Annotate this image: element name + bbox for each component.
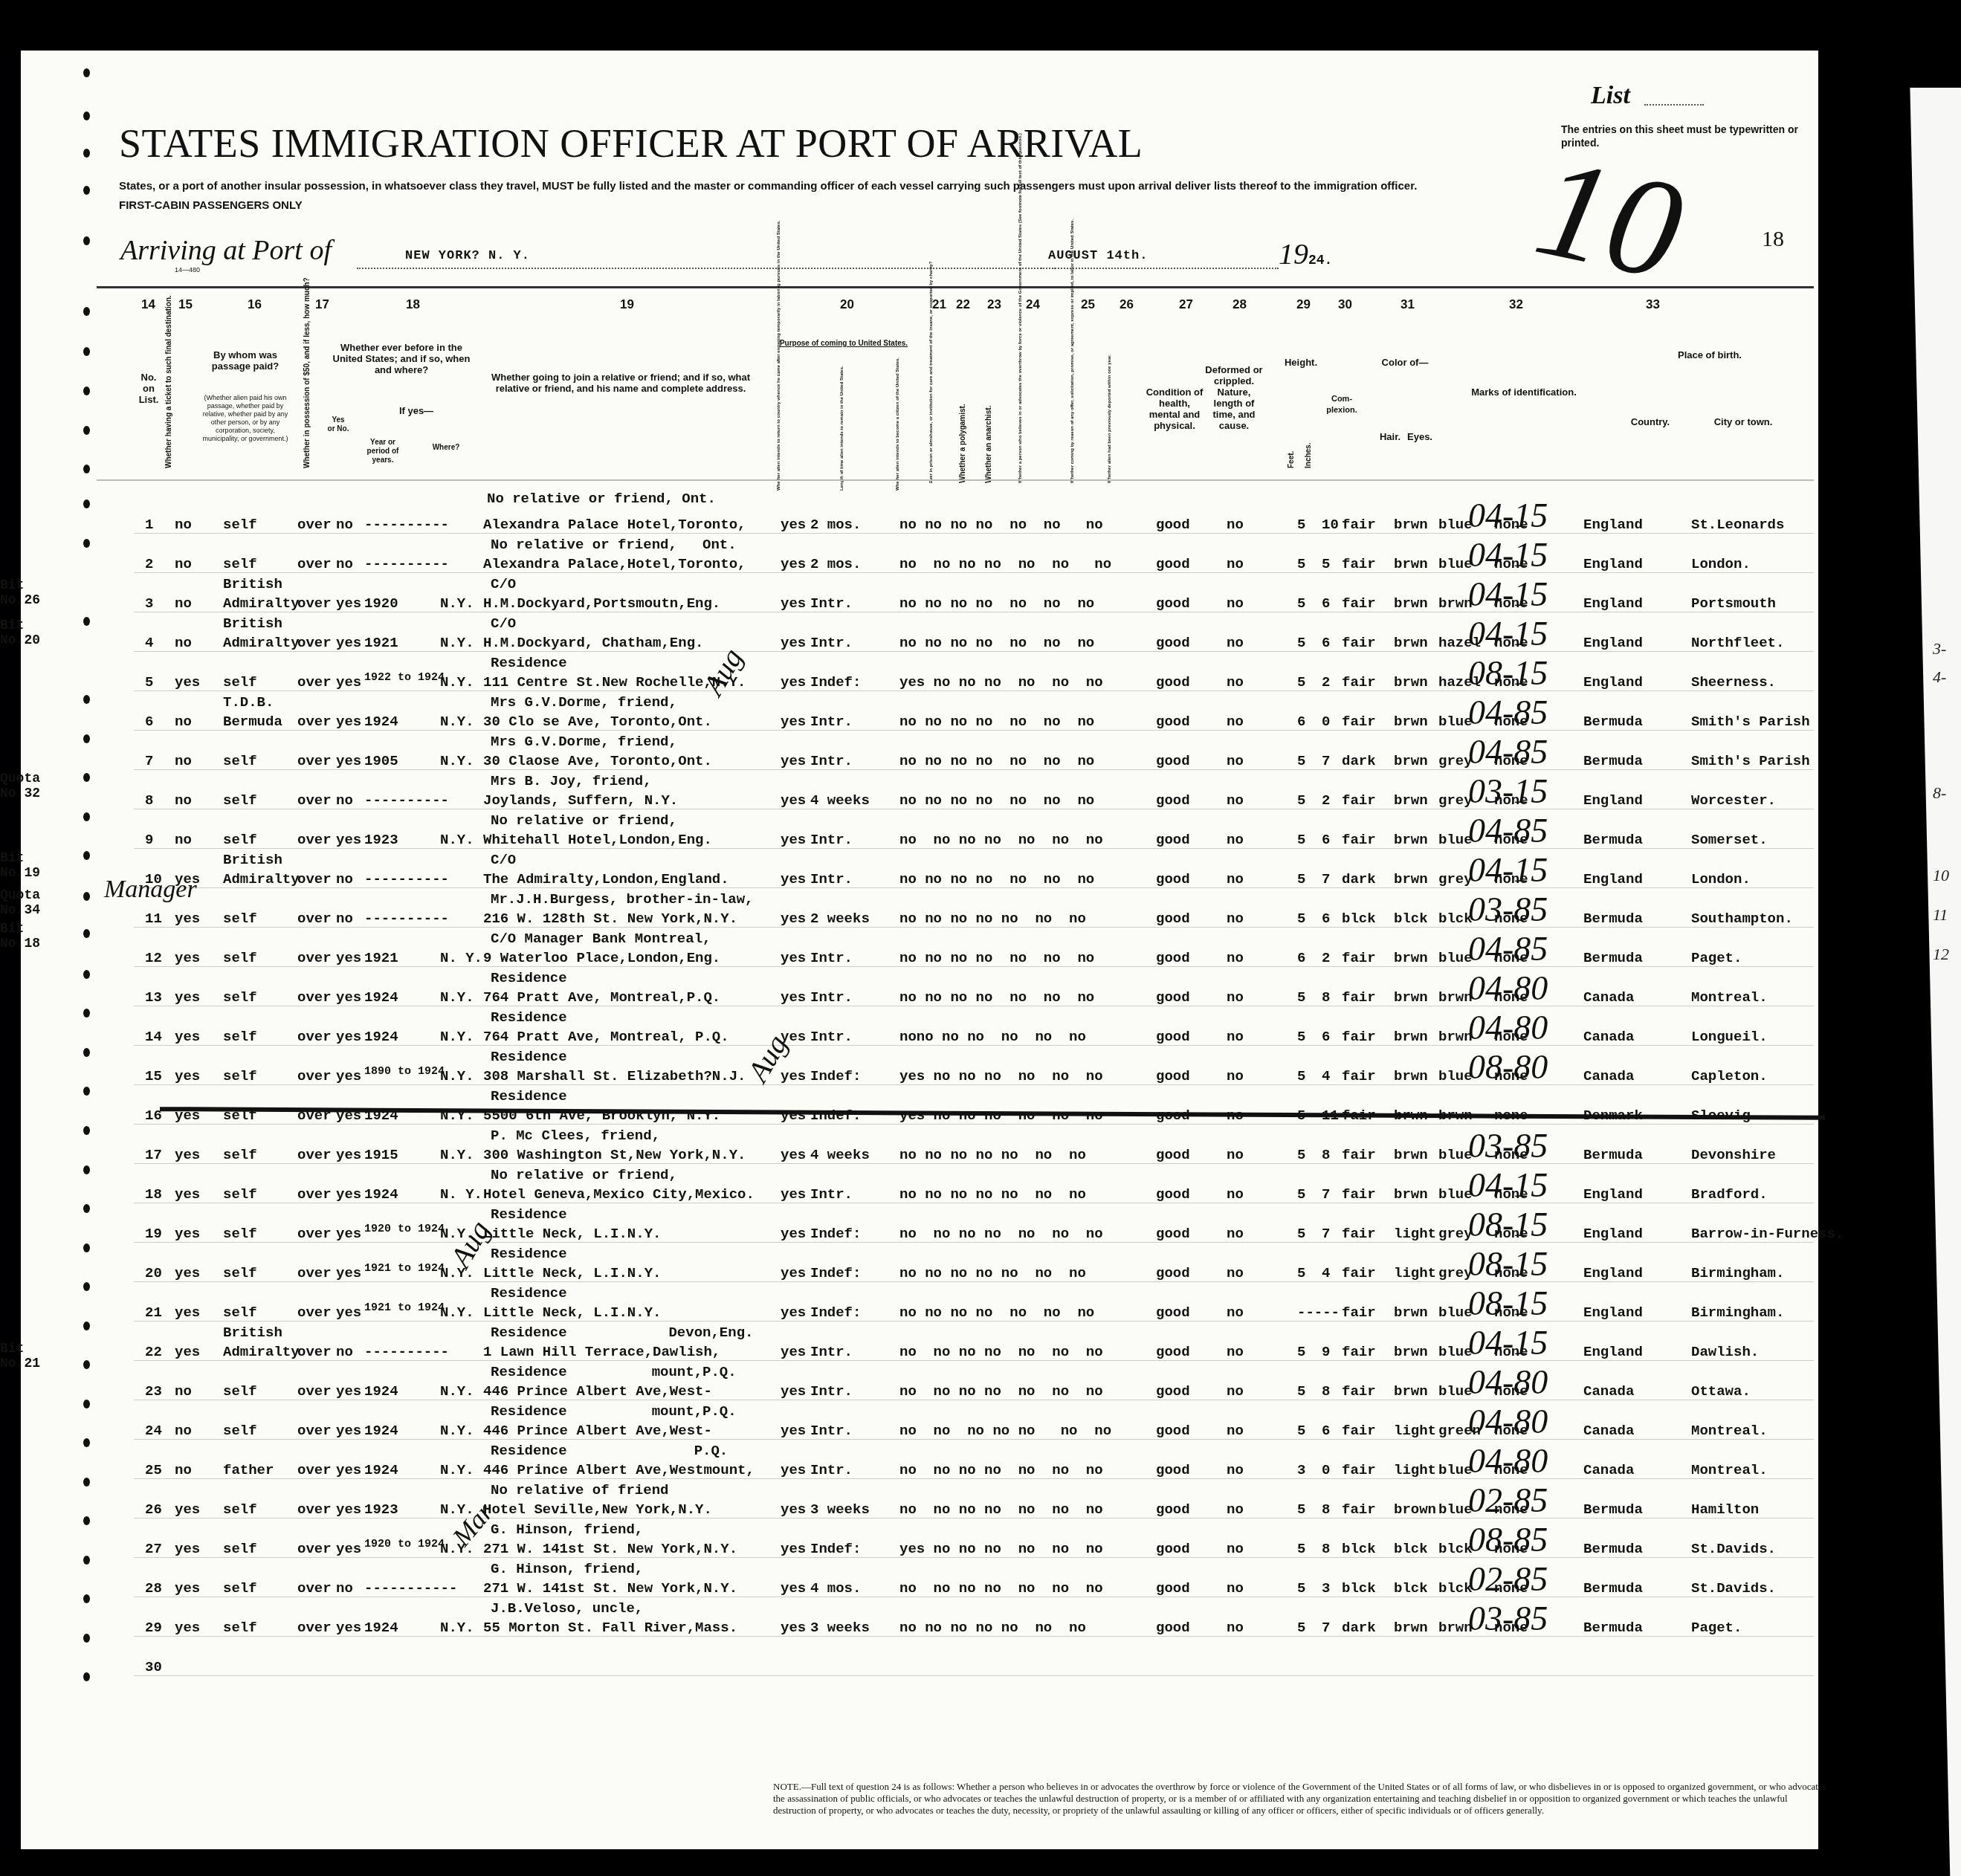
cell-ticket: no <box>175 714 192 730</box>
cell-money: over <box>297 1265 332 1281</box>
cell-hair: light <box>1394 1462 1436 1478</box>
cell-money: over <box>297 714 332 730</box>
row-number: 12 <box>145 950 162 966</box>
cell-paid: self <box>223 910 257 927</box>
cell-money: over <box>297 674 332 690</box>
cell-flags: no no no no no no no <box>899 1462 1103 1478</box>
cell-comp: fair <box>1342 1501 1376 1518</box>
cell-flags: yes no no no no no no <box>899 674 1103 690</box>
cell-paid: Admiralty <box>223 1344 300 1360</box>
cell-paid: self <box>223 1501 257 1518</box>
cell-comp: fair <box>1342 1226 1376 1242</box>
row-gridline <box>134 1242 1814 1243</box>
cell-stay: Intr. <box>810 989 853 1006</box>
cell-ft: 5 <box>1297 1541 1305 1557</box>
cell-money: over <box>297 517 332 533</box>
cell-ticket: no <box>175 595 192 612</box>
handwritten-code: 04-85 <box>1468 693 1548 732</box>
cell-city: St.Davids. <box>1691 1580 1776 1597</box>
cell-eyes: grey <box>1438 871 1473 887</box>
cell-before: yes <box>336 635 361 651</box>
cell-address: 446 Prince Albert Ave,West- <box>483 1423 712 1439</box>
col-num: 29 <box>1296 297 1311 312</box>
row-note: Residence P.Q. <box>491 1443 728 1459</box>
row-gridline <box>134 1439 1814 1440</box>
cell-deformed: no <box>1227 1029 1244 1045</box>
cell-year: 1924 <box>364 1423 398 1439</box>
row-gridline <box>134 1006 1814 1006</box>
header-eyes: Eyes. <box>1405 431 1435 442</box>
cell-before: yes <box>336 1501 361 1518</box>
cell-address: Little Neck, L.I.N.Y. <box>483 1304 661 1321</box>
cell-flags: no no no no no no no <box>899 1147 1086 1163</box>
cell-eyes: blue <box>1438 950 1473 966</box>
cell-money: over <box>297 1580 332 1597</box>
row-gridline <box>134 848 1814 849</box>
handwritten-code: 04-80 <box>1468 1402 1548 1441</box>
cell-flags: no no no no no no no <box>899 635 1094 651</box>
cell-year: 1905 <box>364 753 398 769</box>
cell-ticket: yes <box>175 1226 200 1242</box>
adjacent-page-strip: 3- 4- 8- 10 11 12 <box>1888 88 1961 1876</box>
cell-city: London. <box>1691 556 1751 572</box>
row-note: C/O Manager Bank Montreal, <box>491 931 711 947</box>
cell-money: over <box>297 556 332 572</box>
cell-deformed: no <box>1227 556 1244 572</box>
cell-comp: fair <box>1342 832 1376 848</box>
cell-health: good <box>1156 1029 1190 1045</box>
handwritten-code: 08-15 <box>1468 1244 1548 1284</box>
cell-ft: 5 <box>1297 1147 1305 1163</box>
row-number: 17 <box>145 1147 162 1163</box>
cell-year: 1920 <box>364 595 398 612</box>
row-note: No relative or friend, Ont. <box>491 537 737 553</box>
cell-stay: Intr. <box>810 1344 853 1360</box>
cell-ticket: yes <box>175 1265 200 1281</box>
cell-paid: self <box>223 556 257 572</box>
cell-money: over <box>297 1344 332 1360</box>
header-inches: Inches. <box>1305 431 1313 468</box>
cell-deformed: no <box>1227 1147 1244 1163</box>
col-num: 20 <box>840 297 854 312</box>
cell-hair: brwn <box>1394 1029 1428 1045</box>
handwritten-code: 04-85 <box>1468 929 1548 968</box>
cell-health: good <box>1156 753 1190 769</box>
cell-ft: 5 <box>1297 753 1305 769</box>
col-num: 14 <box>141 297 155 312</box>
cell-paid: self <box>223 1147 257 1163</box>
cell-year: 1923 <box>364 832 398 848</box>
cell-comp: fair <box>1342 1147 1376 1163</box>
cell-country: Canada <box>1583 1423 1634 1439</box>
cell-where: N.Y. <box>440 1029 474 1045</box>
cell-ft: 5 <box>1297 1620 1305 1636</box>
cell-health: good <box>1156 1462 1190 1478</box>
cell-comp: dark <box>1342 871 1376 887</box>
row-number: 7 <box>145 753 153 769</box>
cell-before: yes <box>336 1541 361 1557</box>
cell-country: England <box>1583 635 1643 651</box>
row-number: 21 <box>145 1304 162 1321</box>
row-number: 3 <box>145 595 153 612</box>
paid-note: British <box>223 576 282 592</box>
cell-country: England <box>1583 1304 1643 1321</box>
col-num: 30 <box>1338 297 1352 312</box>
port-value: NEW YORK? N. Y. <box>405 249 530 263</box>
cell-ft: 5 <box>1297 517 1305 533</box>
cell-health: good <box>1156 1226 1190 1242</box>
handwritten-code: 03-85 <box>1468 1599 1548 1638</box>
cell-eyes: blue <box>1438 1462 1473 1478</box>
row-note: No relative or friend, Ont. <box>487 491 716 507</box>
cell-address: 271 W. 141st St. New York,N.Y. <box>483 1580 737 1597</box>
cell-address: H.M.Dockyard, Chatham,Eng. <box>483 635 703 651</box>
cell-ft: 5 <box>1297 1068 1305 1084</box>
cell-deformed: no <box>1227 1423 1244 1439</box>
row-note: Residence <box>491 1246 567 1262</box>
cell-where: N.Y. <box>440 1620 474 1636</box>
col-num: 27 <box>1179 297 1193 312</box>
cell-money: over <box>297 950 332 966</box>
cell-country: Bermuda <box>1583 1147 1643 1163</box>
cell-hair: brwn <box>1394 556 1428 572</box>
cell-ticket: yes <box>175 1580 200 1597</box>
cell-year: ---------- <box>364 556 449 572</box>
cell-in: 10 <box>1322 517 1339 533</box>
header-ever-before: Whether ever before in the United States… <box>327 342 476 375</box>
cell-city: Longueil. <box>1691 1029 1768 1045</box>
row-gridline <box>134 1281 1814 1282</box>
cell-ft: 5 <box>1297 832 1305 848</box>
cell-before: no <box>336 871 353 887</box>
cell-money: over <box>297 1383 332 1400</box>
cell-paid: Admiralty <box>223 871 300 887</box>
cell-health: good <box>1156 910 1190 927</box>
cell-ticket: yes <box>175 674 200 690</box>
cell-city: Capleton. <box>1691 1068 1768 1084</box>
col-num: 31 <box>1401 297 1415 312</box>
cell-money: over <box>297 1029 332 1045</box>
form-code: 14—480 <box>175 266 200 274</box>
row-note: Residence <box>491 1206 567 1223</box>
row-gridline <box>134 1597 1814 1597</box>
cell-deformed: no <box>1227 950 1244 966</box>
cell-joining: yes <box>781 517 806 533</box>
cell-paid: self <box>223 1304 257 1321</box>
cell-eyes: blue <box>1438 556 1473 572</box>
cell-eyes: brwn <box>1438 1029 1473 1045</box>
form-instruction: States, or a port of another insular pos… <box>119 180 1417 193</box>
row-note: Mr.J.H.Burgess, brother-in-law, <box>491 891 753 908</box>
handwritten-code: 04-15 <box>1468 614 1548 653</box>
cell-address: 446 Prince Albert Ave,West- <box>483 1383 712 1400</box>
cell-before: yes <box>336 832 361 848</box>
cell-address: 9 Waterloo Place,London,Eng. <box>483 950 720 966</box>
col-num: 18 <box>406 297 420 312</box>
cell-address: 30 Clo se Ave, Toronto,Ont. <box>483 714 712 730</box>
cell-where: N.Y. <box>440 674 474 690</box>
row-gridline <box>134 1203 1814 1203</box>
row-number: 4 <box>145 635 153 651</box>
cell-joining: yes <box>781 910 806 927</box>
cell-in: 6 <box>1322 910 1330 927</box>
cell-comp: fair <box>1342 1029 1376 1045</box>
cell-joining: yes <box>781 950 806 966</box>
cell-joining: yes <box>781 1383 806 1400</box>
cell-joining: yes <box>781 1541 806 1557</box>
col-num: 32 <box>1509 297 1523 312</box>
cell-joining: yes <box>781 635 806 651</box>
cell-health: good <box>1156 1265 1190 1281</box>
cell-address: 271 W. 141st St. New York,N.Y. <box>483 1541 737 1557</box>
list-number-handwritten: 10 <box>1525 135 1693 303</box>
cell-flags: no no no no no no no <box>899 1304 1094 1321</box>
cell-where: N.Y. <box>440 1383 474 1400</box>
cell-year: 1915 <box>364 1147 398 1163</box>
cell-deformed: no <box>1227 1541 1244 1557</box>
cell-before: no <box>336 517 353 533</box>
cell-health: good <box>1156 1186 1190 1203</box>
cell-health: good <box>1156 1501 1190 1518</box>
cell-deformed: no <box>1227 517 1244 533</box>
cell-stay: Intr. <box>810 1029 853 1045</box>
cell-address: 308 Marshall St. Elizabeth?N.J. <box>483 1068 746 1084</box>
handwritten-code: 02-85 <box>1468 1481 1548 1520</box>
cell-ft: 5 <box>1297 595 1305 612</box>
paid-note: British <box>223 1324 282 1341</box>
cell-health: good <box>1156 556 1190 572</box>
date-dotline <box>1041 268 1279 269</box>
cell-deformed: no <box>1227 674 1244 690</box>
row-gridline <box>134 572 1814 573</box>
cell-deformed: no <box>1227 1186 1244 1203</box>
cell-health: good <box>1156 1383 1190 1400</box>
cell-city: Birmingham. <box>1691 1265 1784 1281</box>
row-number: 5 <box>145 674 153 690</box>
cell-country: Bermuda <box>1583 1620 1643 1636</box>
cell-money: over <box>297 1501 332 1518</box>
cell-before: yes <box>336 1068 361 1084</box>
cell-where: N. Y. <box>440 1186 482 1203</box>
cell-deformed: no <box>1227 792 1244 809</box>
row-number: 15 <box>145 1068 162 1084</box>
cell-country: Bermuda <box>1583 910 1643 927</box>
cell-comp: blck <box>1342 1541 1376 1557</box>
cell-ticket: no <box>175 635 192 651</box>
cell-comp: blck <box>1342 910 1376 927</box>
row-gridline <box>134 612 1814 612</box>
header-purpose-citizen: Whether alien intends to become a citize… <box>896 349 900 491</box>
row-number: 14 <box>145 1029 162 1045</box>
handwritten-code: 03-85 <box>1468 890 1548 929</box>
cell-paid: Admiralty <box>223 595 300 612</box>
cell-deformed: no <box>1227 1620 1244 1636</box>
cell-paid: self <box>223 1620 257 1636</box>
cell-year: 1923 <box>364 1501 398 1518</box>
cell-ft: ----- <box>1297 1304 1340 1321</box>
cell-before: yes <box>336 714 361 730</box>
row-number: 6 <box>145 714 153 730</box>
cell-ft: 5 <box>1297 989 1305 1006</box>
cell-where: N.Y. <box>440 832 474 848</box>
cell-deformed: no <box>1227 989 1244 1006</box>
row-number: 19 <box>145 1226 162 1242</box>
cell-ticket: yes <box>175 950 200 966</box>
header-complexion: Com-plexion. <box>1323 394 1360 416</box>
row-note: G. Hinson, friend, <box>491 1561 643 1577</box>
cell-before: yes <box>336 1265 361 1281</box>
cell-deformed: no <box>1227 1462 1244 1478</box>
row-gridline <box>134 1045 1814 1046</box>
cell-flags: no no no no no no no <box>899 595 1094 612</box>
cell-deformed: no <box>1227 1501 1244 1518</box>
cell-eyes: brwn <box>1438 1620 1473 1636</box>
cell-flags: no no no no no no no <box>899 1501 1103 1518</box>
cell-ticket: no <box>175 1462 192 1478</box>
cell-country: England <box>1583 1226 1643 1242</box>
cell-joining: yes <box>781 1344 806 1360</box>
cell-city: Portsmouth <box>1691 595 1776 612</box>
cell-city: Montreal. <box>1691 1462 1768 1478</box>
cell-in: 0 <box>1322 1462 1330 1478</box>
cell-money: over <box>297 1541 332 1557</box>
cell-deformed: no <box>1227 714 1244 730</box>
header-city: City or town. <box>1702 416 1784 427</box>
handwritten-code: 04-80 <box>1468 1362 1548 1402</box>
cell-paid: self <box>223 753 257 769</box>
handwritten-code: 04-15 <box>1468 850 1548 890</box>
cell-city: St.Davids. <box>1691 1541 1776 1557</box>
cell-stay: Intr. <box>810 1462 853 1478</box>
cell-ticket: no <box>175 792 192 809</box>
row-note: Residence mount,P.Q. <box>491 1403 737 1420</box>
header-by-whom: By whom was passage paid? <box>204 349 286 372</box>
cell-before: yes <box>336 1383 361 1400</box>
row-note: Residence <box>491 1049 567 1065</box>
cell-deformed: no <box>1227 1383 1244 1400</box>
cell-hair: brwn <box>1394 1147 1428 1163</box>
cell-comp: dark <box>1342 753 1376 769</box>
footnote-question-24: NOTE.—Full text of question 24 is as fol… <box>773 1781 1829 1817</box>
row-note: No relative or friend, <box>491 812 677 829</box>
row-number: 25 <box>145 1462 162 1478</box>
cell-eyes: blue <box>1438 1344 1473 1360</box>
cell-country: Bermuda <box>1583 1541 1643 1557</box>
header-deported: Whether alien had been previously deport… <box>1108 342 1112 483</box>
cell-comp: fair <box>1342 517 1376 533</box>
header-joining: Whether going to join a relative or frie… <box>487 372 755 394</box>
header-height: Height. <box>1279 357 1323 368</box>
handwritten-code: 04-15 <box>1468 496 1548 535</box>
cell-stay: Intr. <box>810 950 853 966</box>
list-label: List <box>1591 82 1630 110</box>
cell-address: Whitehall Hotel,London,Eng. <box>483 832 712 848</box>
cell-city: St.Leonards <box>1691 517 1784 533</box>
cell-ft: 5 <box>1297 635 1305 651</box>
header-deformed: Deformed or crippled. Nature, length of … <box>1204 364 1264 431</box>
row-number: 30 <box>145 1659 162 1675</box>
row-number: 24 <box>145 1423 162 1439</box>
cell-joining: yes <box>781 714 806 730</box>
cell-money: over <box>297 989 332 1006</box>
cell-eyes: brwn <box>1438 595 1473 612</box>
cell-flags: yes no no no no no no <box>899 1541 1103 1557</box>
cell-where: N.Y. <box>440 989 474 1006</box>
cell-money: over <box>297 792 332 809</box>
row-note: G. Hinson, friend, <box>491 1521 643 1538</box>
row-gridline <box>134 966 1814 967</box>
cell-ticket: no <box>175 556 192 572</box>
cell-joining: yes <box>781 1068 806 1084</box>
cell-stay: Intr. <box>810 595 853 612</box>
cell-ft: 6 <box>1297 950 1305 966</box>
cell-in: 8 <box>1322 1147 1330 1163</box>
cell-hair: brwn <box>1394 871 1428 887</box>
cell-ft: 5 <box>1297 556 1305 572</box>
cell-eyes: blck <box>1438 1580 1473 1597</box>
cell-deformed: no <box>1227 832 1244 848</box>
cell-ft: 5 <box>1297 910 1305 927</box>
header-color-of: Color of— <box>1372 357 1438 368</box>
cell-flags: no no no no no no no <box>899 950 1094 966</box>
handwritten-code: 04-85 <box>1468 732 1548 772</box>
cell-hair: brwn <box>1394 1344 1428 1360</box>
handwritten-code: 04-15 <box>1468 535 1548 575</box>
cell-in: 6 <box>1322 1423 1330 1439</box>
cell-before: yes <box>336 1186 361 1203</box>
cell-joining: yes <box>781 1265 806 1281</box>
cell-address: Little Neck, L.I.N.Y. <box>483 1226 661 1242</box>
cell-in: 8 <box>1322 1541 1330 1557</box>
cell-year: 1922 to 1924 <box>364 671 445 684</box>
cell-health: good <box>1156 1068 1190 1084</box>
cell-ticket: yes <box>175 1304 200 1321</box>
form-title: STATES IMMIGRATION OFFICER AT PORT OF AR… <box>119 120 1143 166</box>
cell-address: 300 Washington St,New York,N.Y. <box>483 1147 746 1163</box>
cell-year: 1924 <box>364 1620 398 1636</box>
cell-stay: Indef: <box>810 674 861 690</box>
cell-joining: yes <box>781 674 806 690</box>
cell-eyes: blue <box>1438 1186 1473 1203</box>
cell-health: good <box>1156 517 1190 533</box>
cell-city: Montreal. <box>1691 1423 1768 1439</box>
cell-address: 30 Claose Ave, Toronto,Ont. <box>483 753 712 769</box>
row-gridline <box>134 1124 1814 1125</box>
row-note: C/O <box>491 576 516 592</box>
cell-ticket: no <box>175 1423 192 1439</box>
handwritten-code: 04-85 <box>1468 811 1548 850</box>
header-prison: Ever in prison or almshouse, or institut… <box>929 342 934 483</box>
cell-city: Barrow-in-Furness. <box>1691 1226 1844 1242</box>
cell-country: England <box>1583 1265 1643 1281</box>
cell-country: England <box>1583 595 1643 612</box>
cell-hair: light <box>1394 1423 1436 1439</box>
cell-flags: no no no no no no no <box>899 714 1094 730</box>
cell-country: Canada <box>1583 1068 1634 1084</box>
cell-flags: no no no no no no no <box>899 792 1094 809</box>
cell-money: over <box>297 753 332 769</box>
cell-paid: self <box>223 1226 257 1242</box>
cell-in: 4 <box>1322 1068 1330 1084</box>
cell-where: N.Y. <box>440 1462 474 1478</box>
cell-flags: no no no no no no no <box>899 1423 1111 1439</box>
header-if-yes: If yes— <box>387 405 446 416</box>
header-rule <box>97 286 1814 288</box>
handwritten-code: 08-15 <box>1468 1284 1548 1323</box>
row-number: 18 <box>145 1186 162 1203</box>
year-value: 1924. <box>1279 236 1332 271</box>
handwritten-code: 04-15 <box>1468 1165 1548 1205</box>
